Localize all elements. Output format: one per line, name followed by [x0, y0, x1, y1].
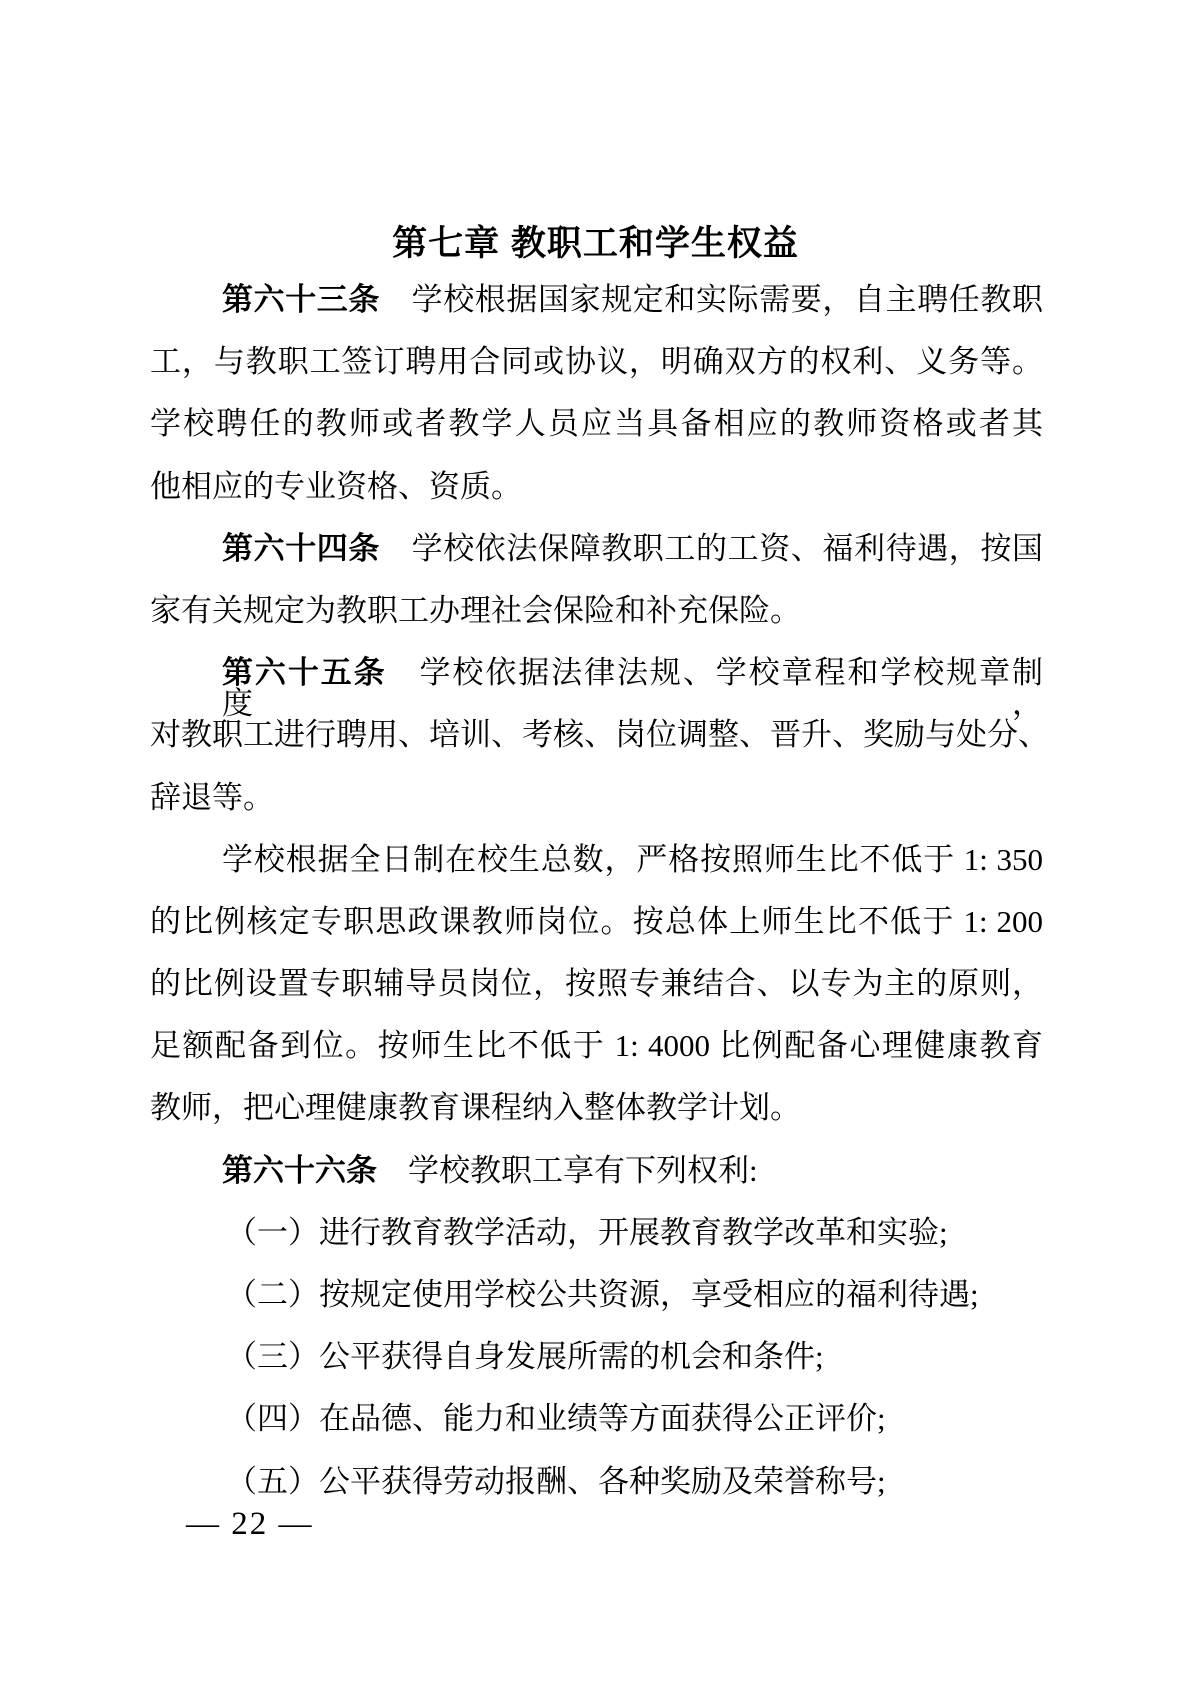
document-line: 学校聘任的教师或者教学人员应当具备相应的教师资格或者其	[150, 408, 1043, 439]
list-item: （五）公平获得劳动报酬、各种奖励及荣誉称号;	[150, 1466, 1043, 1497]
document-line: 对教职工进行聘用、培训、考核、岗位调整、晋升、奖励与处分、	[150, 719, 1043, 750]
line-text: 的比例核定专职思政课教师岗位。按总体上师生比不低于 1: 200	[150, 904, 1043, 939]
document-line: 辞退等。	[150, 782, 1043, 813]
list-item: （四）在品德、能力和业绩等方面获得公正评价;	[150, 1403, 1043, 1434]
document-line: 教师，把心理健康教育课程纳入整体教学计划。	[150, 1092, 1043, 1123]
document-line: 的比例设置专职辅导员岗位，按照专兼结合、以专为主的原则，	[150, 968, 1043, 999]
line-text: 足额配备到位。按师生比不低于 1: 4000 比例配备心理健康教育	[150, 1028, 1043, 1063]
article-number: 第六十四条	[222, 531, 380, 566]
document-line: 他相应的专业资格、资质。	[150, 471, 1043, 502]
chapter-title: 第七章 教职工和学生权益	[0, 224, 1191, 264]
line-text: 学校教职工享有下列权利:	[377, 1153, 758, 1188]
document-line: 的比例核定专职思政课教师岗位。按总体上师生比不低于 1: 200	[150, 906, 1043, 937]
line-text: （四）在品德、能力和业绩等方面获得公正评价;	[226, 1401, 886, 1436]
document-line: 工，与教职工签订聘用合同或协议，明确双方的权利、义务等。	[150, 346, 1043, 377]
document-line: 第六十五条 学校依据法律法规、学校章程和学校规章制度，	[150, 657, 1043, 688]
line-text: 学校根据全日制在校生总数，严格按照师生比不低于 1: 350	[222, 842, 1043, 877]
list-item: （三）公平获得自身发展所需的机会和条件;	[150, 1341, 1043, 1372]
line-text: 辞退等。	[150, 780, 274, 815]
line-text: 他相应的专业资格、资质。	[150, 469, 522, 504]
document-line: 学校根据全日制在校生总数，严格按照师生比不低于 1: 350	[150, 844, 1043, 875]
list-item: （二）按规定使用学校公共资源，享受相应的福利待遇;	[150, 1279, 1043, 1310]
document-line: 第六十三条 学校根据国家规定和实际需要，自主聘任教职	[150, 284, 1043, 315]
line-text: （五）公平获得劳动报酬、各种奖励及荣誉称号;	[226, 1464, 886, 1499]
document-line: 第六十六条 学校教职工享有下列权利:	[150, 1155, 1043, 1186]
line-text: 对教职工进行聘用、培训、考核、岗位调整、晋升、奖励与处分、	[150, 717, 1049, 752]
line-text: （三）公平获得自身发展所需的机会和条件;	[226, 1339, 824, 1374]
line-text: 教师，把心理健康教育课程纳入整体教学计划。	[150, 1090, 801, 1125]
line-text: 的比例设置专职辅导员岗位，按照专兼结合、以专为主的原则，	[150, 966, 1043, 1001]
article-number: 第六十五条	[222, 655, 387, 690]
document-body: 第六十三条 学校根据国家规定和实际需要，自主聘任教职 工，与教职工签订聘用合同或…	[150, 284, 1043, 1528]
line-text: （二）按规定使用学校公共资源，享受相应的福利待遇;	[226, 1277, 979, 1312]
document-line: 家有关规定为教职工办理社会保险和补充保险。	[150, 595, 1043, 626]
line-text: 家有关规定为教职工办理社会保险和补充保险。	[150, 593, 801, 628]
article-number: 第六十三条	[222, 282, 380, 317]
line-text: 学校依法保障教职工的工资、福利待遇，按国	[380, 531, 1043, 566]
line-text: 学校根据国家规定和实际需要，自主聘任教职	[380, 282, 1043, 317]
line-text: 工，与教职工签订聘用合同或协议，明确双方的权利、义务等。	[150, 344, 1043, 379]
document-line: 第六十四条 学校依法保障教职工的工资、福利待遇，按国	[150, 533, 1043, 564]
list-item: （一）进行教育教学活动，开展教育教学改革和实验;	[150, 1217, 1043, 1248]
article-number: 第六十六条	[222, 1153, 377, 1188]
document-page: 第七章 教职工和学生权益 第六十三条 学校根据国家规定和实际需要，自主聘任教职 …	[0, 0, 1191, 1684]
line-text: （一）进行教育教学活动，开展教育教学改革和实验;	[226, 1215, 948, 1250]
page-number: — 22 —	[186, 1504, 314, 1544]
line-text: 学校聘任的教师或者教学人员应当具备相应的教师资格或者其	[150, 406, 1043, 441]
document-line: 足额配备到位。按师生比不低于 1: 4000 比例配备心理健康教育	[150, 1030, 1043, 1061]
